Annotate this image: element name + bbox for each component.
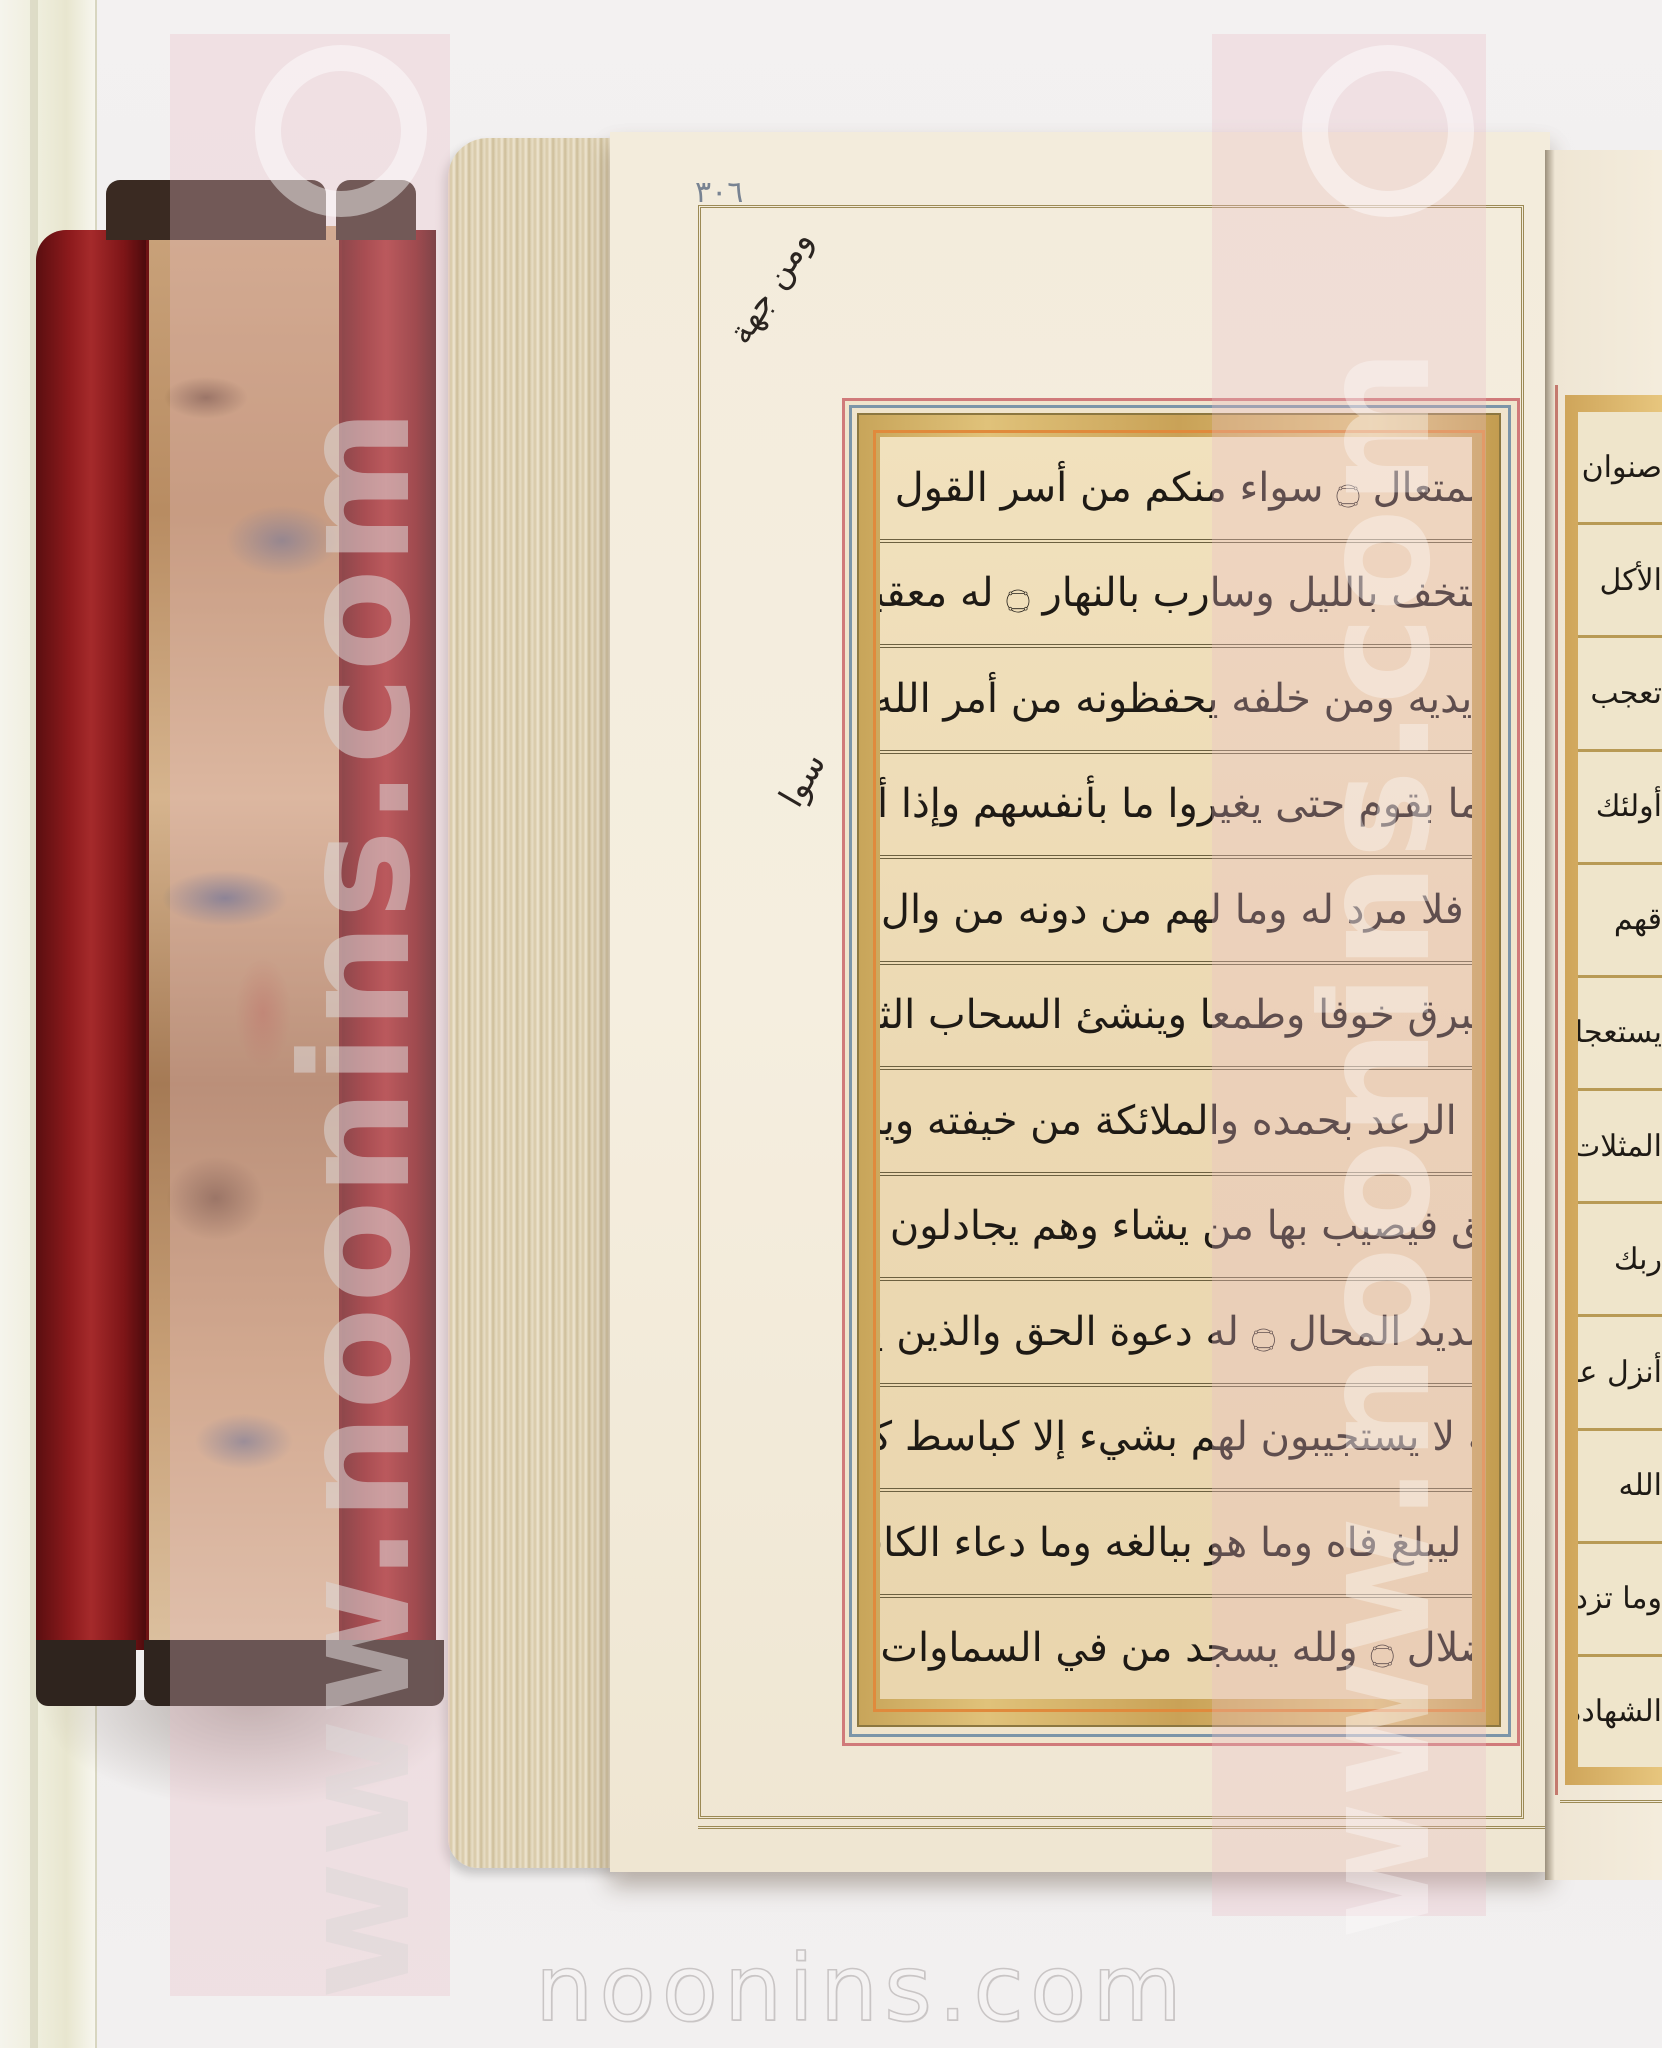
right-text-line: الله xyxy=(1578,1431,1662,1544)
right-text-line: الشهادة xyxy=(1578,1657,1662,1767)
copyright-icon xyxy=(1302,45,1474,217)
right-text-line: صنوان xyxy=(1578,412,1662,525)
spine-tailcap-left xyxy=(36,1640,136,1706)
right-text-line: ربك xyxy=(1578,1204,1662,1317)
right-text-line: أنزل عليه xyxy=(1578,1317,1662,1430)
right-text-line: أولئك xyxy=(1578,752,1662,865)
watermark-vertical-text: www.noonins.com xyxy=(1290,344,1464,1940)
watermark-vertical-text: www.noonins.com xyxy=(270,404,444,2000)
text-block-page-edges xyxy=(448,138,620,1868)
right-text-line: وما تزداد xyxy=(1578,1544,1662,1657)
copyright-icon xyxy=(255,45,427,217)
watermark-footer-text: noonins.com xyxy=(535,1935,1188,2042)
right-text-panel: صنوان الأكل تعجب أولئك قهم يستعجلونك الم… xyxy=(1578,412,1662,1767)
right-text-line: قهم xyxy=(1578,865,1662,978)
right-text-line: المثلات xyxy=(1578,1091,1662,1204)
right-text-line: تعجب xyxy=(1578,638,1662,751)
right-footer-rule xyxy=(1560,1800,1662,1803)
right-text-line: يستعجلونك xyxy=(1578,978,1662,1091)
right-text-line: الأكل xyxy=(1578,525,1662,638)
spine-red-leather-left xyxy=(36,230,146,1650)
